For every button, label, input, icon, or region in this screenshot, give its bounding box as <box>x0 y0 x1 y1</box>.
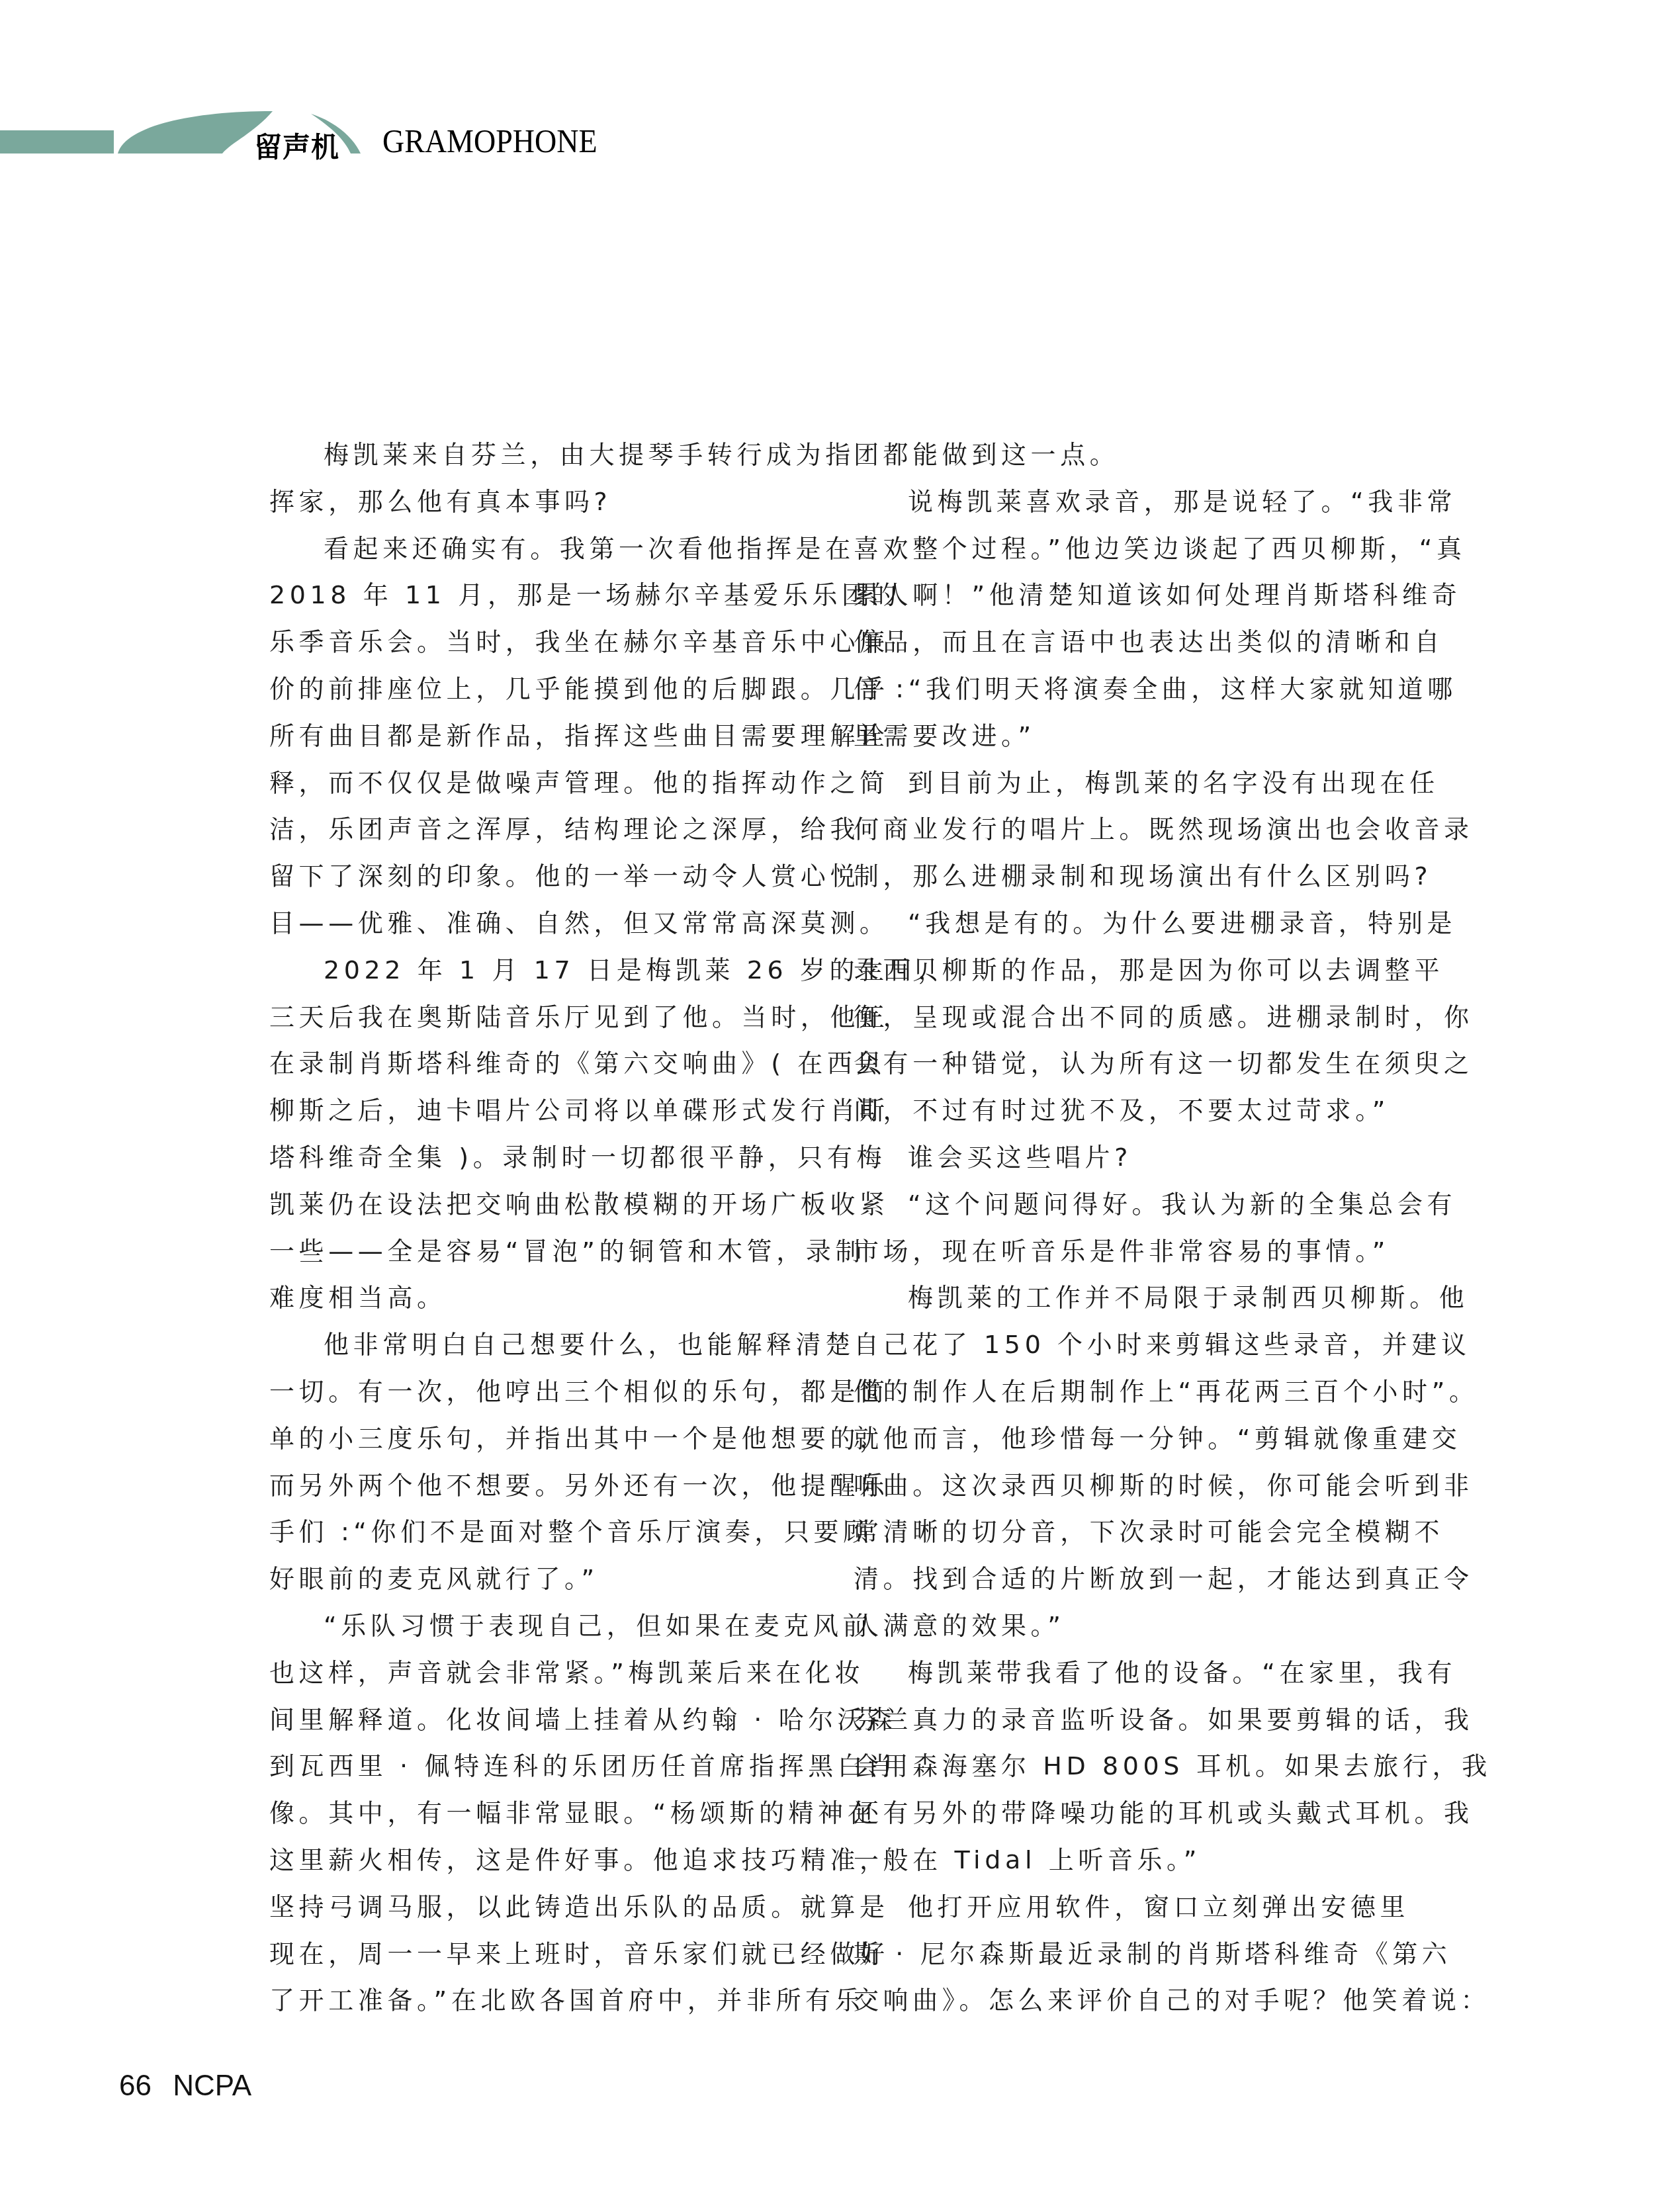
text-line: 何商业发行的唱片上。既然现场演出也会收音录 <box>854 806 1396 853</box>
text-line: 所有曲目都是新作品，指挥这些曲目需要理解诠 <box>269 713 812 760</box>
text-line: 他的制作人在后期制作上“再花两三百个小时”。 <box>854 1368 1396 1415</box>
text-line: 间，不过有时过犹不及，不要太过苛求。” <box>854 1087 1396 1134</box>
text-line: 交响曲》。怎么来评价自己的对手呢？他笑着说： <box>854 1977 1396 2024</box>
text-line: 人满意的效果。” <box>854 1602 1396 1649</box>
text-line: 而另外两个他不想要。另外还有一次，他提醒乐 <box>269 1462 812 1509</box>
text-line: 梅凯莱带我看了他的设备。“在家里，我有 <box>854 1649 1396 1696</box>
text-line: 乐季音乐会。当时，我坐在赫尔辛基音乐中心廉 <box>269 619 812 666</box>
text-line: 衡，呈现或混合出不同的质感。进棚录制时，你 <box>854 994 1396 1041</box>
text-line: 像。其中，有一幅非常显眼。“杨颂斯的精神在 <box>269 1790 812 1837</box>
text-line: 释，而不仅仅是做噪声管理。他的指挥动作之简 <box>269 760 812 807</box>
text-line: 市场，现在听音乐是件非常容易的事情。” <box>854 1228 1396 1275</box>
section-header: 留声机 GRAMOPHONE <box>0 106 662 165</box>
text-line: 制，那么进棚录制和现场演出有什么区别吗? <box>854 853 1396 900</box>
text-line: 团都能做到这一点。 <box>854 431 1396 478</box>
text-line: “乐队习惯于表现自己，但如果在麦克风前 <box>269 1602 812 1649</box>
text-line: 响曲。这次录西贝柳斯的时候，你可能会听到非 <box>854 1462 1396 1509</box>
text-line: 清。找到合适的片断放到一起，才能达到真正令 <box>854 1555 1396 1602</box>
text-line: 里需要改进。” <box>854 713 1396 760</box>
text-line: 凯莱仍在设法把交响曲松散模糊的开场广板收紧 <box>269 1181 812 1228</box>
page-footer: 66 NCPA <box>119 2070 251 2103</box>
text-line: 会有一种错觉，认为所有这一切都发生在须臾之 <box>854 1040 1396 1087</box>
text-line: 说梅凯莱喜欢录音，那是说轻了。“我非常 <box>854 478 1396 525</box>
text-line: 这里薪火相传，这是件好事。他追求技巧精准， <box>269 1837 812 1884</box>
text-line: 一切。有一次，他哼出三个相似的乐句，都是简 <box>269 1368 812 1415</box>
text-line: 也这样，声音就会非常紧。”梅凯莱后来在化妆 <box>269 1649 812 1696</box>
text-line: 三天后我在奥斯陆音乐厅见到了他。当时，他正 <box>269 994 812 1041</box>
text-line: 梅凯莱的工作并不局限于录制西贝柳斯。他 <box>854 1274 1396 1321</box>
text-line: 自己花了 150 个小时来剪辑这些录音，并建议 <box>854 1321 1396 1368</box>
text-line: 累人啊！”他清楚知道该如何处理肖斯塔科维奇 <box>854 572 1396 619</box>
text-line: 喜欢整个过程。”他边笑边谈起了西贝柳斯，“真 <box>854 525 1396 572</box>
text-line: 还有另外的带降噪功能的耳机或头戴式耳机。我 <box>854 1790 1396 1837</box>
text-line: “我想是有的。为什么要进棚录音，特别是 <box>854 900 1396 947</box>
page-number: 66 <box>119 2070 152 2102</box>
text-line: 一般在 Tidal 上听音乐。” <box>854 1837 1396 1884</box>
text-line: 斯 · 尼尔森斯最近录制的肖斯塔科维奇《第六 <box>854 1931 1396 1978</box>
text-line: 坚持弓调马服，以此铸造出乐队的品质。就算是 <box>269 1884 812 1931</box>
text-line: 到目前为止，梅凯莱的名字没有出现在任 <box>854 760 1396 807</box>
text-line: 芬兰真力的录音监听设备。如果要剪辑的话，我 <box>854 1696 1396 1743</box>
text-line: “这个问题问得好。我认为新的全集总会有 <box>854 1181 1396 1228</box>
text-line: 在录制肖斯塔科维奇的《第六交响曲》( 在西贝 <box>269 1040 812 1087</box>
article-column-left: 梅凯莱来自芬兰，由大提琴手转行成为指挥家，那么他有真本事吗?看起来还确实有。我第… <box>269 431 812 2024</box>
text-line: 录西贝柳斯的作品，那是因为你可以去调整平 <box>854 947 1396 994</box>
text-line: 他打开应用软件，窗口立刻弹出安德里 <box>854 1884 1396 1931</box>
text-line: 挥家，那么他有真本事吗? <box>269 478 812 525</box>
text-line: 现在，周一一早来上班时，音乐家们就已经做好 <box>269 1931 812 1978</box>
text-line: 洁，乐团声音之浑厚，结构理论之深厚，给我 <box>269 806 812 853</box>
text-line: 就他而言，他珍惜每一分钟。“剪辑就像重建交 <box>854 1415 1396 1462</box>
text-line: 看起来还确实有。我第一次看他指挥是在 <box>269 525 812 572</box>
text-line: 梅凯莱来自芬兰，由大提琴手转行成为指 <box>269 431 812 478</box>
section-title-chinese: 留声机 <box>254 126 339 165</box>
text-line: 留下了深刻的印象。他的一举一动令人赏心悦 <box>269 853 812 900</box>
text-line: 谁会买这些唱片? <box>854 1134 1396 1181</box>
text-line: 塔科维奇全集 )。录制时一切都很平静，只有梅 <box>269 1134 812 1181</box>
text-line: 作品，而且在言语中也表达出类似的清晰和自 <box>854 619 1396 666</box>
text-line: 一些——全是容易“冒泡”的铜管和木管，录制 <box>269 1228 812 1275</box>
article-column-right: 团都能做到这一点。说梅凯莱喜欢录音，那是说轻了。“我非常喜欢整个过程。”他边笑边… <box>854 431 1396 2024</box>
text-line: 他非常明白自己想要什么，也能解释清楚 <box>269 1321 812 1368</box>
section-title-english: GRAMOPHONE <box>382 122 597 160</box>
text-line: 间里解释道。化妆间墙上挂着从约翰 · 哈尔沃森 <box>269 1696 812 1743</box>
text-line: 难度相当高。 <box>269 1274 812 1321</box>
text-line: 2018 年 11 月，那是一场赫尔辛基爱乐乐团的 <box>269 572 812 619</box>
text-line: 了开工准备。”在北欧各国首府中，并非所有乐 <box>269 1977 812 2024</box>
text-line: 会用森海塞尔 HD 800S 耳机。如果去旅行，我 <box>854 1743 1396 1790</box>
publication-name: NCPA <box>173 2070 251 2102</box>
text-line: 2022 年 1 月 17 日是梅凯莱 26 岁的生日， <box>269 947 812 994</box>
text-line: 价的前排座位上，几乎能摸到他的后脚跟。几乎 <box>269 666 812 713</box>
text-line: 信 :“我们明天将演奏全曲，这样大家就知道哪 <box>854 666 1396 713</box>
text-line: 好眼前的麦克风就行了。” <box>269 1555 812 1602</box>
text-line: 目——优雅、准确、自然，但又常常高深莫测。 <box>269 900 812 947</box>
text-line: 常清晰的切分音，下次录时可能会完全模糊不 <box>854 1509 1396 1555</box>
text-line: 手们 :“你们不是面对整个音乐厅演奏，只要顾 <box>269 1509 812 1555</box>
text-line: 到瓦西里 · 佩特连科的乐团历任首席指挥黑白肖 <box>269 1743 812 1790</box>
text-line: 单的小三度乐句，并指出其中一个是他想要的， <box>269 1415 812 1462</box>
text-line: 柳斯之后，迪卡唱片公司将以单碟形式发行肖斯 <box>269 1087 812 1134</box>
